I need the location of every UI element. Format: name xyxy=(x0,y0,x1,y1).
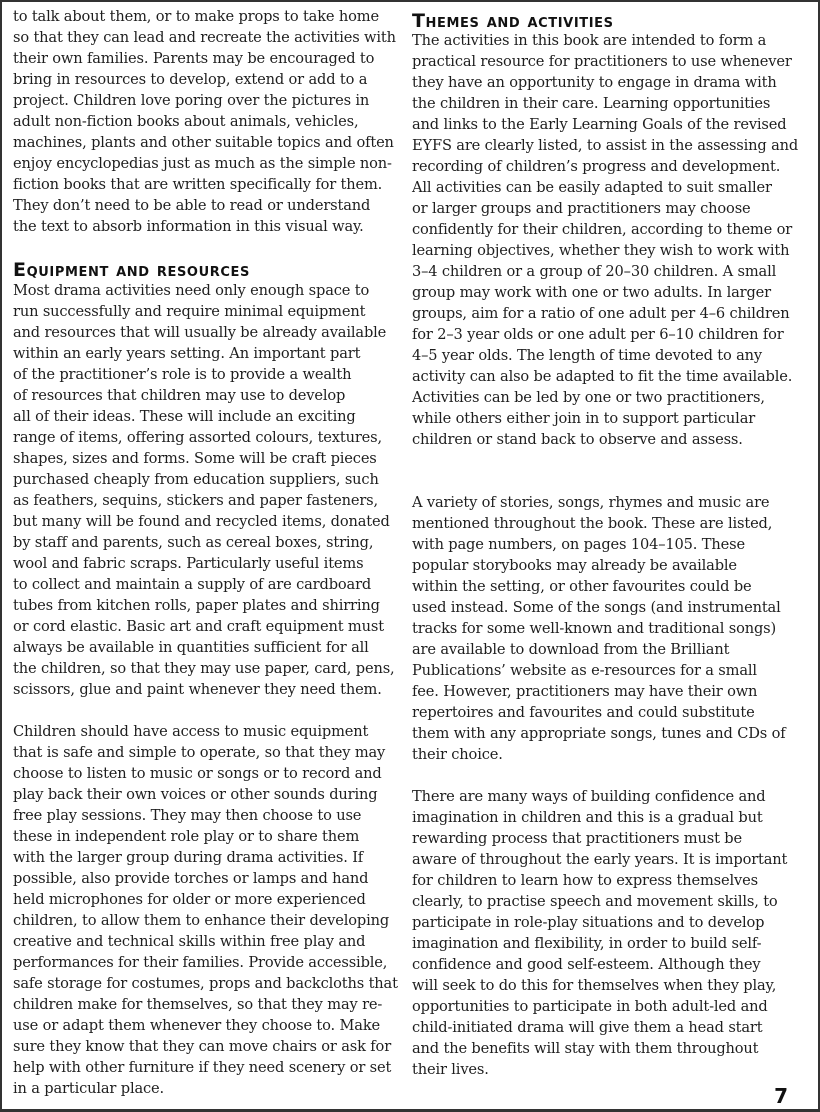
text-line: The activities in this book are intended… xyxy=(412,30,804,51)
text-line: bring in resources to develop, extend or… xyxy=(13,69,405,90)
text-line: popular storybooks may already be availa… xyxy=(412,555,804,576)
text-line: Children should have access to music equ… xyxy=(13,721,405,742)
text-line: so that they can lead and recreate the a… xyxy=(13,27,405,48)
text-line: purchased cheaply from education supplie… xyxy=(13,469,405,490)
themes-paragraph-3: There are many ways of building confiden… xyxy=(412,786,804,1080)
text-line: adult non-fiction books about animals, v… xyxy=(13,111,405,132)
text-line: play back their own voices or other soun… xyxy=(13,784,405,805)
text-line: run successfully and require minimal equ… xyxy=(13,301,405,322)
paragraph-gap xyxy=(412,471,804,492)
text-line: There are many ways of building confiden… xyxy=(412,786,804,807)
text-line: free play sessions. They may then choose… xyxy=(13,805,405,826)
text-line: tracks for some well-known and tradition… xyxy=(412,618,804,639)
equipment-paragraph-1: Most drama activities need only enough s… xyxy=(13,280,405,700)
text-line: or larger groups and practitioners may c… xyxy=(412,198,804,219)
text-line: or cord elastic. Basic art and craft equ… xyxy=(13,616,405,637)
text-line: wool and fabric scraps. Particularly use… xyxy=(13,553,405,574)
themes-paragraph-2: A variety of stories, songs, rhymes and … xyxy=(412,492,804,765)
text-line: sure they know that they can move chairs… xyxy=(13,1036,405,1057)
text-line: learning objectives, whether they wish t… xyxy=(412,240,804,261)
text-line: fiction books that are written specifica… xyxy=(13,174,405,195)
text-line: with page numbers, on pages 104–105. The… xyxy=(412,534,804,555)
text-line: help with other furniture if they need s… xyxy=(13,1057,405,1078)
text-line: imagination and flexibility, in order to… xyxy=(412,933,804,954)
text-line: within an early years setting. An import… xyxy=(13,343,405,364)
text-line: project. Children love poring over the p… xyxy=(13,90,405,111)
text-line: opportunities to participate in both adu… xyxy=(412,996,804,1017)
text-line: for 2–3 year olds or one adult per 6–10 … xyxy=(412,324,804,345)
text-line: activity can also be adapted to fit the … xyxy=(412,366,804,387)
text-line: of the practitioner’s role is to provide… xyxy=(13,364,405,385)
text-line: aware of throughout the early years. It … xyxy=(412,849,804,870)
text-line: A variety of stories, songs, rhymes and … xyxy=(412,492,804,513)
text-line: their own families. Parents may be encou… xyxy=(13,48,405,69)
text-line: are available to download from the Brill… xyxy=(412,639,804,660)
text-line: in a particular place. xyxy=(13,1078,405,1099)
document-page: to talk about them, or to make props to … xyxy=(0,0,820,1112)
paragraph-gap xyxy=(412,765,804,786)
text-line: held microphones for older or more exper… xyxy=(13,889,405,910)
text-line: child-initiated drama will give them a h… xyxy=(412,1017,804,1038)
text-line: practical resource for practitioners to … xyxy=(412,51,804,72)
text-line: with the larger group during drama activ… xyxy=(13,847,405,868)
text-line: range of items, offering assorted colour… xyxy=(13,427,405,448)
text-line: safe storage for costumes, props and bac… xyxy=(13,973,405,994)
text-line: EYFS are clearly listed, to assist in th… xyxy=(412,135,804,156)
text-line: shapes, sizes and forms. Some will be cr… xyxy=(13,448,405,469)
text-line: fee. However, practitioners may have the… xyxy=(412,681,804,702)
text-line: children make for themselves, so that th… xyxy=(13,994,405,1015)
text-line: for children to learn how to express the… xyxy=(412,870,804,891)
text-line: choose to listen to music or songs or to… xyxy=(13,763,405,784)
text-line: they have an opportunity to engage in dr… xyxy=(412,72,804,93)
text-line: clearly, to practise speech and movement… xyxy=(412,891,804,912)
text-line: 4–5 year olds. The length of time devote… xyxy=(412,345,804,366)
text-line: by staff and parents, such as cereal box… xyxy=(13,532,405,553)
text-line: them with any appropriate songs, tunes a… xyxy=(412,723,804,744)
text-line: within the setting, or other favourites … xyxy=(412,576,804,597)
text-line: that is safe and simple to operate, so t… xyxy=(13,742,405,763)
text-line: Most drama activities need only enough s… xyxy=(13,280,405,301)
text-line: always be available in quantities suffic… xyxy=(13,637,405,658)
text-line: participate in role-play situations and … xyxy=(412,912,804,933)
text-line: the children in their care. Learning opp… xyxy=(412,93,804,114)
text-line: these in independent role play or to sha… xyxy=(13,826,405,847)
text-line: children, to allow them to enhance their… xyxy=(13,910,405,931)
text-line: group may work with one or two adults. I… xyxy=(412,282,804,303)
text-line: but many will be found and recycled item… xyxy=(13,511,405,532)
text-line: their lives. xyxy=(412,1059,804,1080)
paragraph-gap xyxy=(13,700,405,721)
text-line: confidence and good self-esteem. Althoug… xyxy=(412,954,804,975)
text-line: while others either join in to support p… xyxy=(412,408,804,429)
text-line: their choice. xyxy=(412,744,804,765)
text-line: rewarding process that practitioners mus… xyxy=(412,828,804,849)
text-line: Publications’ website as e-resources for… xyxy=(412,660,804,681)
paragraph-gap xyxy=(412,450,804,471)
text-line: All activities can be easily adapted to … xyxy=(412,177,804,198)
text-line: confidently for their children, accordin… xyxy=(412,219,804,240)
text-line: machines, plants and other suitable topi… xyxy=(13,132,405,153)
text-line: children or stand back to observe and as… xyxy=(412,429,804,450)
intro-paragraph: to talk about them, or to make props to … xyxy=(13,6,405,237)
right-column: Themes and activities The activities in … xyxy=(412,6,804,1080)
text-line: the children, so that they may use paper… xyxy=(13,658,405,679)
text-line: tubes from kitchen rolls, paper plates a… xyxy=(13,595,405,616)
equipment-heading: Equipment and resources xyxy=(13,258,405,282)
text-line: scissors, glue and paint whenever they n… xyxy=(13,679,405,700)
text-line: enjoy encyclopedias just as much as the … xyxy=(13,153,405,174)
text-line: imagination in children and this is a gr… xyxy=(412,807,804,828)
text-line: groups, aim for a ratio of one adult per… xyxy=(412,303,804,324)
text-line: creative and technical skills within fre… xyxy=(13,931,405,952)
text-line: of resources that children may use to de… xyxy=(13,385,405,406)
equipment-paragraph-2: Children should have access to music equ… xyxy=(13,721,405,1099)
text-line: and the benefits will stay with them thr… xyxy=(412,1038,804,1059)
page-number: 7 xyxy=(774,1085,788,1107)
text-line: They don’t need to be able to read or un… xyxy=(13,195,405,216)
text-line: to talk about them, or to make props to … xyxy=(13,6,405,27)
text-line: possible, also provide torches or lamps … xyxy=(13,868,405,889)
text-line: mentioned throughout the book. These are… xyxy=(412,513,804,534)
text-line: use or adapt them whenever they choose t… xyxy=(13,1015,405,1036)
text-line: will seek to do this for themselves when… xyxy=(412,975,804,996)
text-line: used instead. Some of the songs (and ins… xyxy=(412,597,804,618)
left-column: to talk about them, or to make props to … xyxy=(13,6,405,1099)
text-line: the text to absorb information in this v… xyxy=(13,216,405,237)
text-line: performances for their families. Provide… xyxy=(13,952,405,973)
text-line: and resources that will usually be alrea… xyxy=(13,322,405,343)
text-line: recording of children’s progress and dev… xyxy=(412,156,804,177)
text-line: repertoires and favourites and could sub… xyxy=(412,702,804,723)
text-line: as feathers, sequins, stickers and paper… xyxy=(13,490,405,511)
themes-paragraph-1: The activities in this book are intended… xyxy=(412,30,804,450)
text-line: and links to the Early Learning Goals of… xyxy=(412,114,804,135)
text-line: all of their ideas. These will include a… xyxy=(13,406,405,427)
text-line: Activities can be led by one or two prac… xyxy=(412,387,804,408)
text-line: to collect and maintain a supply of are … xyxy=(13,574,405,595)
text-line: 3–4 children or a group of 20–30 childre… xyxy=(412,261,804,282)
